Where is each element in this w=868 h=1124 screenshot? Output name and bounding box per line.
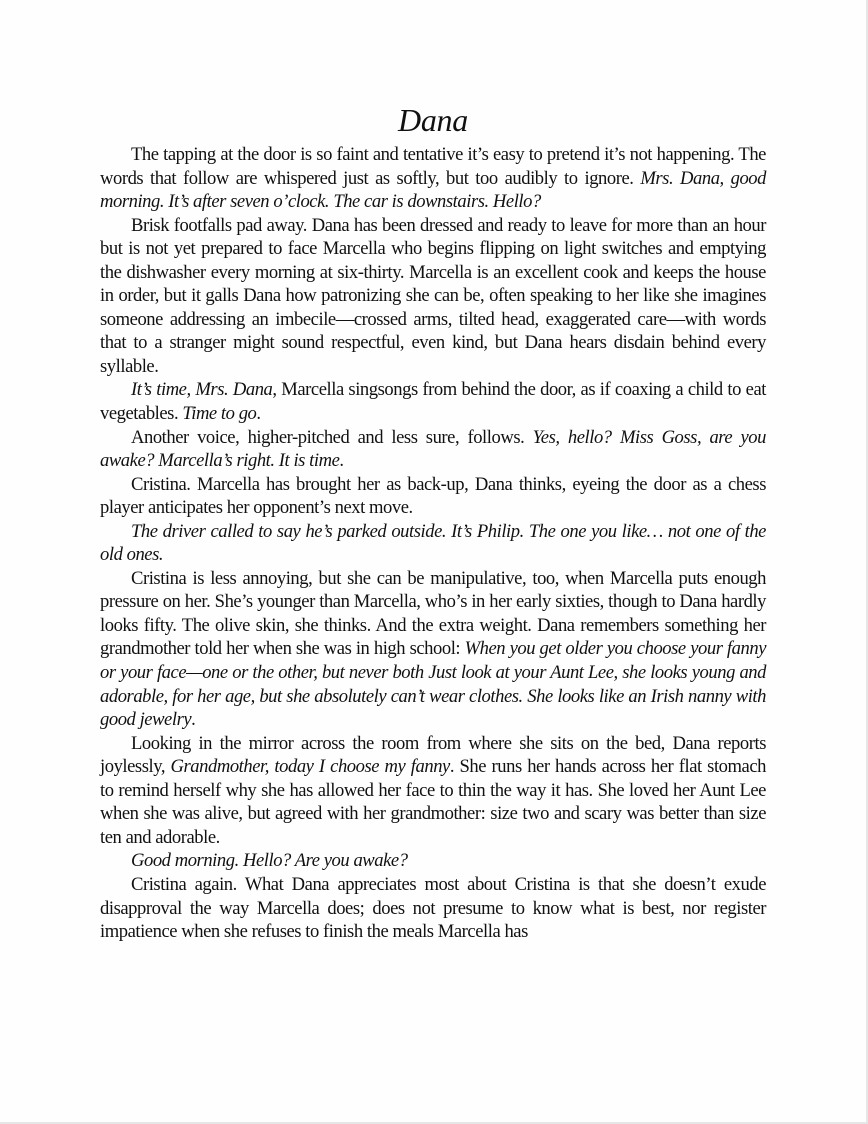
paragraph: It’s time, Mrs. Dana, Marcella singsongs… <box>100 378 766 425</box>
paragraph: Brisk footfalls pad away. Dana has been … <box>100 214 766 379</box>
paragraph: The driver called to say he’s parked out… <box>100 520 766 567</box>
text-run: Cristina again. What Dana appreciates mo… <box>100 874 766 942</box>
paragraph: Looking in the mirror across the room fr… <box>100 732 766 850</box>
italic-dialogue: Good morning. Hello? Are you awake? <box>131 850 408 871</box>
paragraph: Cristina. Marcella has brought her as ba… <box>100 473 766 520</box>
paragraph: Cristina again. What Dana appreciates mo… <box>100 873 766 944</box>
document-page: Dana The tapping at the door is so faint… <box>0 0 868 1124</box>
paragraph: The tapping at the door is so faint and … <box>100 143 766 214</box>
text-run: Brisk footfalls pad away. Dana has been … <box>100 215 766 377</box>
paragraph: Good morning. Hello? Are you awake? <box>100 849 766 873</box>
text-run: Another voice, higher-pitched and less s… <box>131 427 533 448</box>
paragraph: Another voice, higher-pitched and less s… <box>100 426 766 473</box>
chapter-title: Dana <box>100 100 766 140</box>
italic-dialogue: Grandmother, today I choose my fanny <box>171 756 450 777</box>
italic-dialogue: The driver called to say he’s parked out… <box>100 521 766 566</box>
text-run: Cristina. Marcella has brought her as ba… <box>100 474 766 519</box>
text-run: . <box>191 709 195 730</box>
italic-dialogue: Time to go <box>182 403 256 424</box>
page-content: Dana The tapping at the door is so faint… <box>100 100 766 944</box>
paragraph: Cristina is less annoying, but she can b… <box>100 567 766 732</box>
text-run: . <box>339 450 343 471</box>
text-run: . <box>256 403 260 424</box>
italic-dialogue: It’s time, Mrs. Dana <box>131 379 272 400</box>
